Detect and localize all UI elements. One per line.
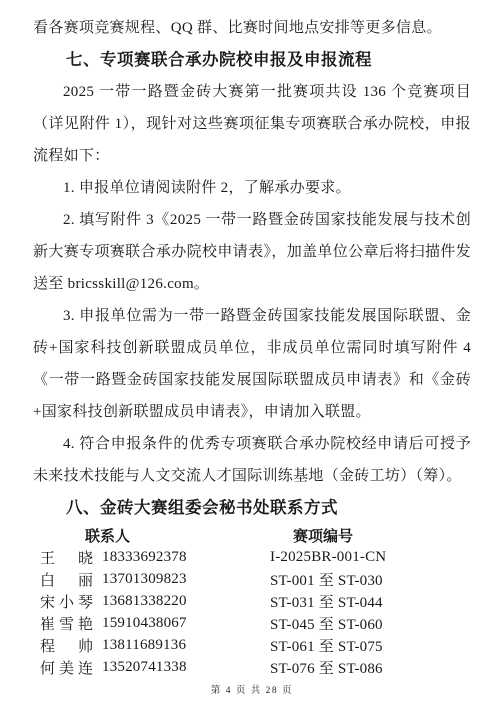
table-row: 何美连 13520741338 ST-076 至 ST-086 <box>33 656 471 678</box>
contact-name: 程 帅 <box>33 635 102 656</box>
contact-phone: 13681338220 <box>102 593 270 610</box>
contacts-table: 联系人 赛项编号 王 晓 18333692378 I-2025BR-001-CN… <box>33 524 471 678</box>
section8-heading: 八、金砖大赛组委会秘书处联系方式 <box>33 492 471 524</box>
intro-paragraph: 看各赛项竞赛规程、QQ 群、比赛时间地点安排等更多信息。 <box>33 12 471 44</box>
section7-intro-paragraph: 2025 一带一路暨金砖大赛第一批赛项共设 136 个竞赛项目（详见附件 1），… <box>33 76 471 172</box>
contact-name: 宋小琴 <box>33 591 102 612</box>
contact-name: 白 丽 <box>33 569 102 590</box>
header-event-code: 赛项编号 <box>270 525 471 546</box>
step-1-paragraph: 1. 申报单位请阅读附件 2，了解承办要求。 <box>33 172 471 204</box>
contact-phone: 13701309823 <box>102 571 270 588</box>
event-code-range: ST-001 至 ST-030 <box>270 569 471 590</box>
step-4-paragraph: 4. 符合申报条件的优秀专项赛联合承办院校经申请后可授予未来技术技能与人文交流人… <box>33 428 471 492</box>
event-code-range: ST-031 至 ST-044 <box>270 591 471 612</box>
step-2-paragraph: 2. 填写附件 3《2025 一带一路暨金砖国家技能发展与技术创新大赛专项赛联合… <box>33 204 471 300</box>
section7-heading: 七、专项赛联合承办院校申报及申报流程 <box>33 44 471 76</box>
table-row: 王 晓 18333692378 I-2025BR-001-CN <box>33 546 471 568</box>
contacts-table-header: 联系人 赛项编号 <box>33 524 471 546</box>
document-page: 看各赛项竞赛规程、QQ 群、比赛时间地点安排等更多信息。 七、专项赛联合承办院校… <box>0 0 504 716</box>
page-footer: 第 4 页 共 28 页 <box>33 682 471 696</box>
contact-phone: 15910438067 <box>102 615 270 632</box>
contact-phone: 18333692378 <box>102 549 270 566</box>
event-code-range: ST-076 至 ST-086 <box>270 657 471 678</box>
contact-name: 王 晓 <box>33 547 102 568</box>
contact-phone: 13811689136 <box>102 637 270 654</box>
table-row: 崔雪艳 15910438067 ST-045 至 ST-060 <box>33 612 471 634</box>
event-code-range: I-2025BR-001-CN <box>270 549 471 566</box>
contact-name: 何美连 <box>33 657 102 678</box>
contact-phone: 13520741338 <box>102 659 270 676</box>
event-code-range: ST-061 至 ST-075 <box>270 635 471 656</box>
header-contact-person: 联系人 <box>33 525 270 546</box>
table-row: 宋小琴 13681338220 ST-031 至 ST-044 <box>33 590 471 612</box>
table-row: 程 帅 13811689136 ST-061 至 ST-075 <box>33 634 471 656</box>
event-code-range: ST-045 至 ST-060 <box>270 613 471 634</box>
step-3-paragraph: 3. 申报单位需为一带一路暨金砖国家技能发展国际联盟、金砖+国家科技创新联盟成员… <box>33 300 471 428</box>
contact-name: 崔雪艳 <box>33 613 102 634</box>
table-row: 白 丽 13701309823 ST-001 至 ST-030 <box>33 568 471 590</box>
